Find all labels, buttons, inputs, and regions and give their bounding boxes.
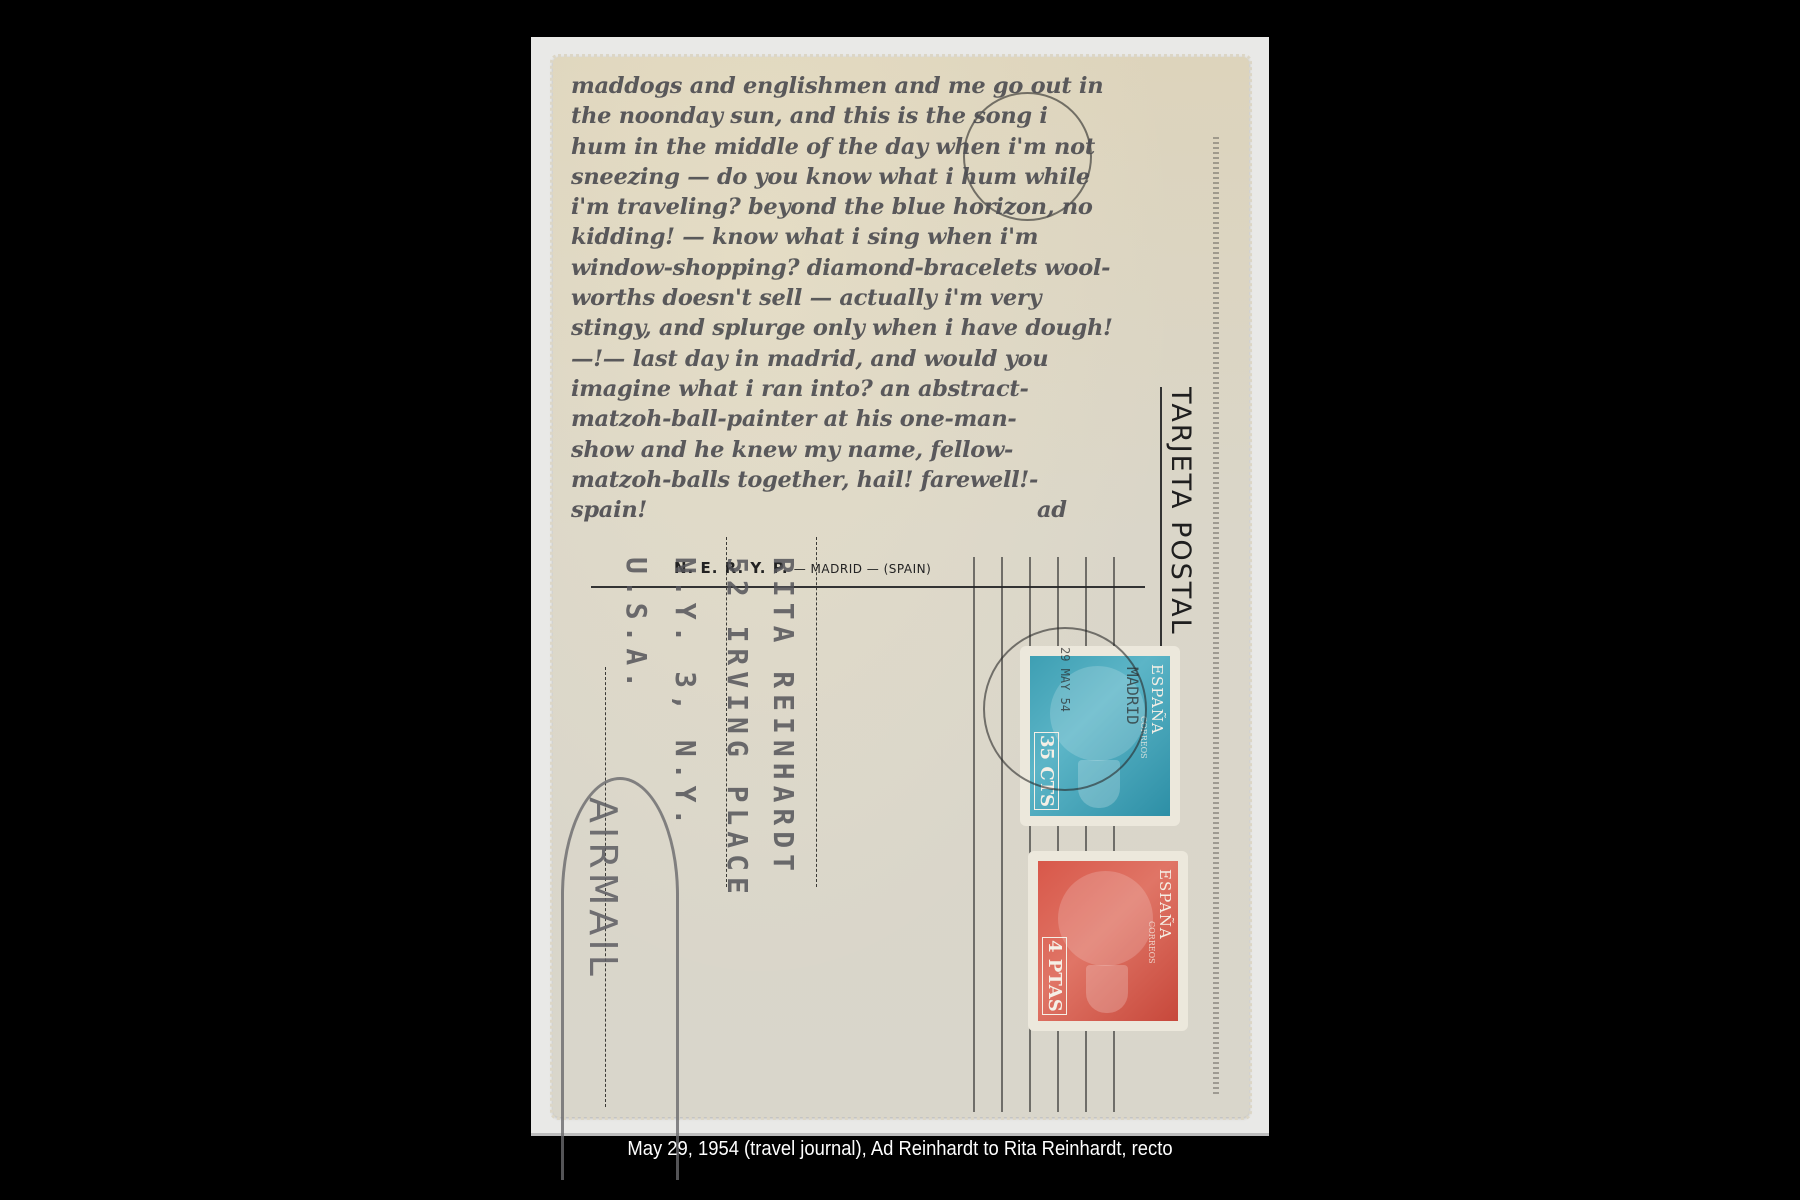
message-line: kidding! — know what i sing when i'm — [571, 222, 1211, 252]
stamp-4-ptas: ESPAÑA CORREOS 4 PTAS — [1031, 854, 1185, 1028]
publisher-location: — MADRID — (SPAIN) — [794, 562, 932, 576]
message-line: maddogs and englishmen and me go out in — [571, 71, 1211, 101]
message-line: window-shopping? diamond-bracelets wool- — [571, 253, 1211, 283]
message-line: worths doesn't sell — actually i'm very — [571, 283, 1211, 313]
vertical-rule — [1160, 387, 1162, 667]
perforation-edge — [1213, 137, 1219, 1097]
caption: May 29, 1954 (travel journal), Ad Reinha… — [72, 1138, 1728, 1161]
coat-of-arms-icon — [1086, 965, 1128, 1013]
stamp-country: ESPAÑA — [1148, 664, 1166, 735]
address-guide-line — [816, 537, 817, 887]
stamp-portrait — [1058, 871, 1153, 966]
postmark-date: 29 MAY 54 — [1058, 647, 1072, 712]
message-line: matzoh-balls together, hail! farewell!- — [571, 465, 1211, 495]
address-line-city: N.Y. 3, N.Y. — [669, 557, 702, 831]
address-line-name: RITA REINHARDT — [767, 557, 800, 877]
message-line: hum in the middle of the day when i'm no… — [571, 132, 1211, 162]
address-line-country: U.S.A. — [620, 557, 653, 694]
message-line: —!— last day in madrid, and would you — [571, 344, 1211, 374]
message-line: i'm traveling? beyond the blue horizon, … — [571, 192, 1211, 222]
message-line: the noonday sun, and this is the song i — [571, 101, 1211, 131]
stamp-value: 4 PTAS — [1042, 937, 1067, 1015]
airmail-note: AIRMAIL — [581, 797, 625, 980]
handwritten-message: maddogs and englishmen and me go out in … — [571, 71, 1211, 525]
message-last-line: spain! — [571, 497, 647, 523]
message-line: sneezing — do you know what i hum while — [571, 162, 1211, 192]
message-line: spain!Ad — [571, 495, 1211, 525]
stamp-country: ESPAÑA — [1156, 869, 1174, 940]
message-line: stingy, and splurge only when i have dou… — [571, 313, 1211, 343]
postcard: maddogs and englishmen and me go out in … — [553, 57, 1249, 1117]
address-line-street: 52 IRVING PLACE — [721, 557, 754, 900]
message-line: imagine what i ran into? an abstract- — [571, 374, 1211, 404]
postmark-city: MADRID — [1123, 667, 1142, 725]
publisher-imprint: N. E. R. Y. P. — MADRID — (SPAIN) — [674, 558, 931, 577]
message-line: show and he knew my name, fellow- — [571, 435, 1211, 465]
message-line: matzoh-ball-painter at his one-man- — [571, 404, 1211, 434]
stamp-subtext: CORREOS — [1147, 921, 1156, 964]
signature: Ad — [1037, 497, 1067, 523]
